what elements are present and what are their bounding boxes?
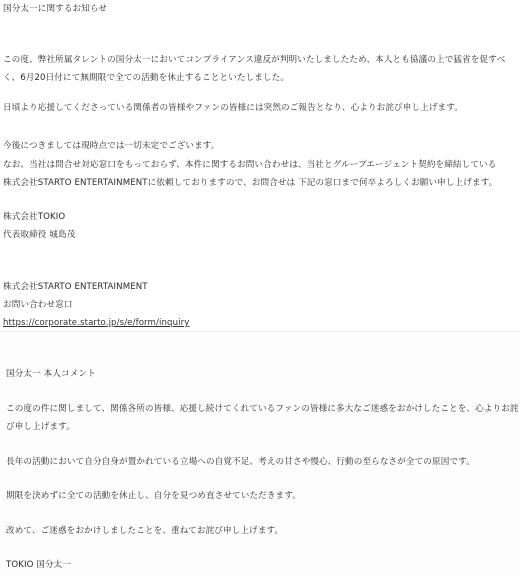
notice-paragraph: 株式会社STARTO ENTERTAINMENTに依頼しておりますので、お問合せ… (3, 177, 497, 189)
notice-paragraph: この度、弊社所属タレントの国分太一においてコンプライアンス違反が判明いたしました… (3, 54, 505, 66)
notice-paragraph: 日頃より応援してくださっている関係者の皆様やファンの皆様には突然のご報告となり、… (3, 102, 463, 114)
notice-paragraph: く、6月20日付にて無期限で全ての活動を休止することといたしました。 (3, 72, 289, 84)
comment-title: 国分太一 本人コメント (6, 368, 96, 380)
comment-paragraph: び申し上げます。 (6, 421, 75, 433)
comment-signature: TOKIO 国分太一 (6, 559, 71, 571)
notice-paragraph: なお、当社は問合せ対応窓口をもっておらず、本件に関するお問い合わせは、当社とグル… (3, 159, 496, 171)
comment-paragraph: 改めて、ご迷惑をおかけしましたことを、重ねてお詫び申し上げます。 (6, 525, 283, 537)
signature-company: 株式会社TOKIO (3, 211, 65, 223)
notice-title: 国分太一に関するお知らせ (3, 3, 107, 15)
comment-paragraph: 長年の活動において自分自身が置かれている立場への自覚不足、考えの甘さや慢心、行動… (6, 456, 475, 468)
notice-paragraph: 今後につきましては現時点では一切未定でございます。 (3, 140, 220, 152)
comment-paragraph: この度の件に関しまして、関係各所の皆様、応援し続けてくれているファンの皆様に多大… (6, 403, 519, 415)
comment-paragraph: 期限を決めずに全ての活動を休止し、自分を見つめ直させていただきます。 (6, 490, 301, 502)
signature-person: 代表取締役 城島茂 (3, 229, 75, 241)
contact-company: 株式会社STARTO ENTERTAINMENT (3, 281, 148, 293)
contact-url-link[interactable]: https://corporate.starto.jp/s/e/form/inq… (3, 317, 189, 329)
contact-label: お問い合わせ窓口 (3, 299, 73, 311)
